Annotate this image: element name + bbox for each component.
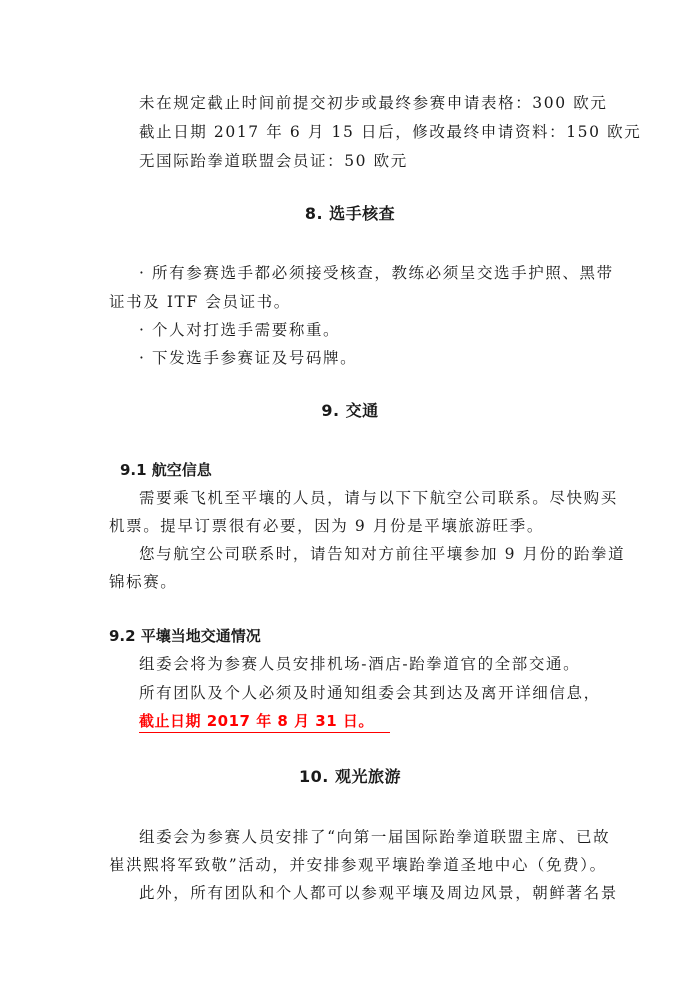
section-9-2-line-2: 所有团队及个人必须及时通知组委会其到达及离开详细信息， xyxy=(139,683,601,703)
fee-line-no-membership: 无国际跆拳道联盟会员证：50 欧元 xyxy=(139,151,408,171)
section-10-para-1-line-1: 组委会为参赛人员安排了“向第一届国际跆拳道联盟主席、已故 xyxy=(139,827,610,847)
document-page: 未在规定截止时间前提交初步或最终参赛申请表格：300 欧元 截止日期 2017 … xyxy=(0,0,700,990)
section-9-1-para-1-line-1: 需要乘飞机至平壤的人员，请与以下下航空公司联系。尽快购买 xyxy=(139,488,618,508)
fee-line-modification: 截止日期 2017 年 6 月 15 日后，修改最终申请资料：150 欧元 xyxy=(139,122,641,142)
section-8-bullet-2: · 个人对打选手需要称重。 xyxy=(139,320,340,340)
deadline-highlight: 截止日期 2017 年 8 月 31 日。 xyxy=(139,711,390,733)
section-8-bullet-1-line-2: 证书及 ITF 会员证书。 xyxy=(109,292,291,312)
section-9-1-para-1-line-2: 机票。提早订票很有必要，因为 9 月份是平壤旅游旺季。 xyxy=(109,516,544,536)
section-9-2-line-1: 组委会将为参赛人员安排机场-酒店-跆拳道官的全部交通。 xyxy=(139,654,580,674)
section-10-title: 10. 观光旅游 xyxy=(0,766,700,788)
section-8-bullet-1-line-1: · 所有参赛选手都必须接受核查，教练必须呈交选手护照、黑带 xyxy=(139,263,614,283)
section-8-title: 8. 选手核查 xyxy=(0,203,700,225)
section-10-para-2-line-1: 此外，所有团队和个人都可以参观平壤及周边风景，朝鲜著名景 xyxy=(139,883,618,903)
section-10-para-1-line-2: 崔洪熙将军致敬”活动，并安排参观平壤跆拳道圣地中心（免费）。 xyxy=(109,855,607,875)
section-8-bullet-3: · 下发选手参赛证及号码牌。 xyxy=(139,348,357,368)
section-9-1-para-2-line-1: 您与航空公司联系时，请告知对方前往平壤参加 9 月份的跆拳道 xyxy=(139,544,625,564)
section-9-1-para-2-line-2: 锦标赛。 xyxy=(109,572,177,592)
section-9-1-title: 9.1 航空信息 xyxy=(120,459,212,481)
section-9-title: 9. 交通 xyxy=(0,400,700,422)
section-9-2-title: 9.2 平壤当地交通情况 xyxy=(109,625,261,647)
fee-line-late-application: 未在规定截止时间前提交初步或最终参赛申请表格：300 欧元 xyxy=(139,93,607,113)
